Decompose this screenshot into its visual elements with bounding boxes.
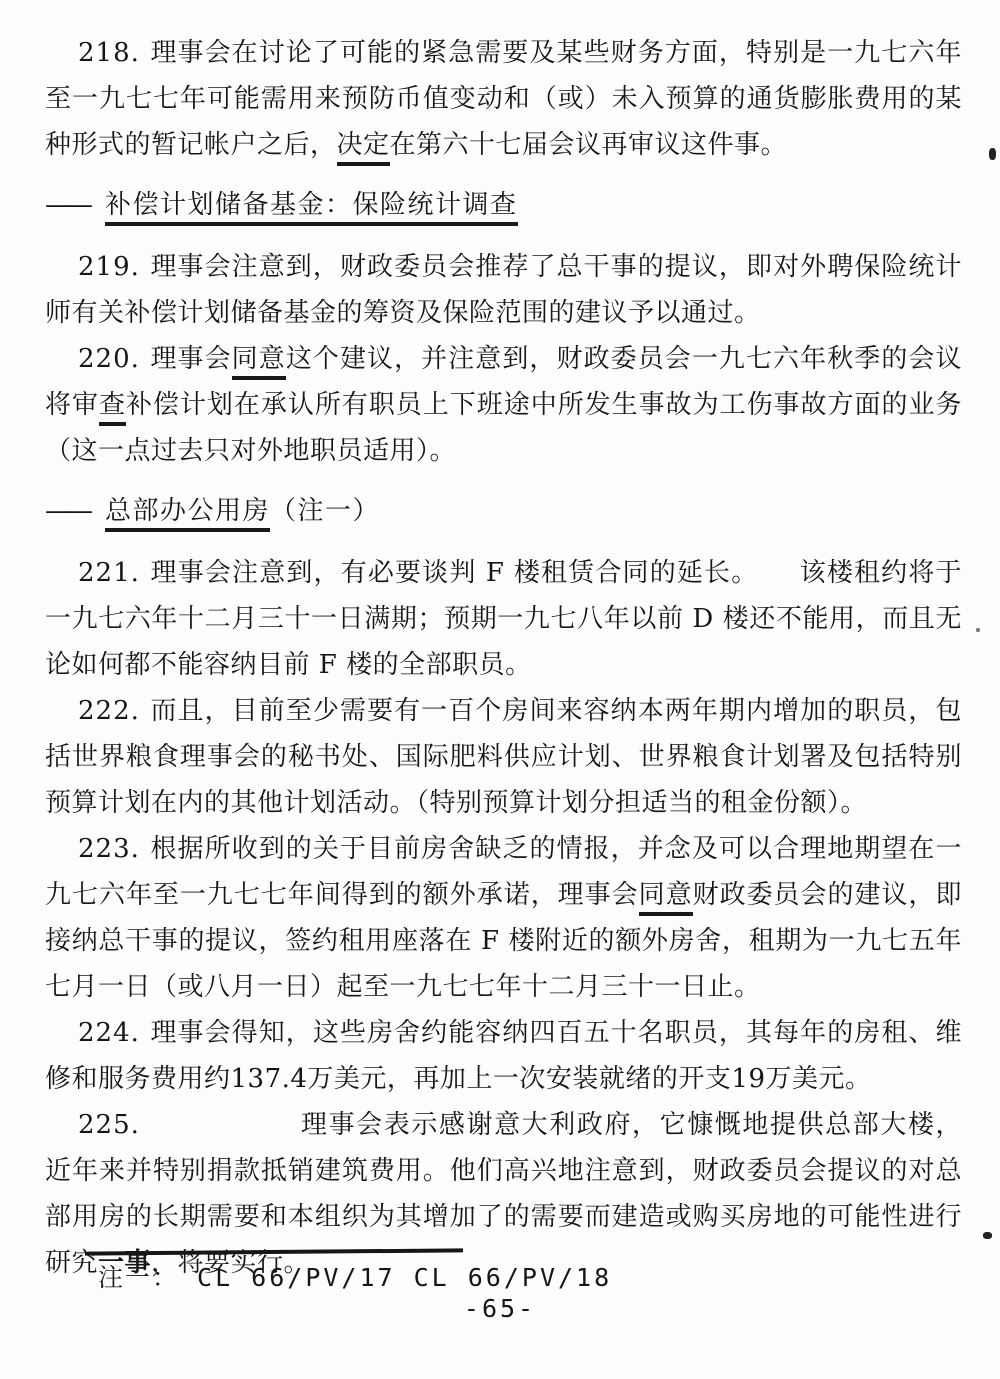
paragraph-number: 225.: [78, 1110, 140, 1140]
text-run: 理事会得知，这些房舍约能容纳四百五十名职员，其每年的房租、维修和服务费用约137…: [45, 1018, 962, 1094]
paragraph-number: 221.: [78, 558, 140, 588]
footnote-reference-2: CL 66/PV/18: [414, 1263, 613, 1292]
paragraph-219: 219.理事会注意到，财政委员会推荐了总干事的提议，即对外聘保险统计师有关补偿计…: [45, 244, 962, 336]
scanned-document-page: 218.理事会在讨论了可能的紧急需要及某些财务方面，特别是一九七六年至一九七七年…: [0, 0, 1000, 1379]
text-run: 而且，目前至少需要有一百个房间来容纳本两年期内增加的职员，包括世界粮食理事会的秘…: [45, 696, 962, 818]
underlined-text: 同意: [639, 880, 693, 916]
section-heading: ——补偿计划储备基金：保险统计调查: [45, 182, 962, 228]
heading-dash: ——: [45, 190, 89, 220]
paragraph-number: 220.: [78, 344, 140, 374]
text-run: 理事会注意到，有必要谈判 F 楼租赁合同的延长。 该楼租约将于一九七六年十二月三…: [45, 558, 962, 680]
text-run: （注一）: [270, 496, 380, 526]
paragraph-223: 223.根据所收到的关于目前房舍缺乏的情报，并念及可以合理地期望在一九七六年至一…: [45, 826, 962, 1010]
footnote-reference-1: CL 66/PV/17: [197, 1263, 396, 1292]
text-run: 理事会注意到，财政委员会推荐了总干事的提议，即对外聘保险统计师有关补偿计划储备基…: [45, 252, 962, 328]
text-run: 在第六十七届会议再审议这件事。: [390, 130, 788, 160]
underlined-text: 决定: [337, 130, 390, 166]
scan-speck: [989, 148, 996, 160]
page-number: -65-: [0, 1294, 1000, 1323]
paragraph-218: 218.理事会在讨论了可能的紧急需要及某些财务方面，特别是一九七六年至一九七七年…: [45, 30, 962, 168]
underlined-text: 查: [99, 390, 126, 426]
section-heading: ——总部办公用房（注一）: [45, 488, 962, 534]
underlined-text: 总部办公用房: [105, 496, 270, 532]
paragraph-number: 223.: [78, 834, 140, 864]
scan-speck: [983, 1232, 992, 1239]
paragraph-number: 218.: [78, 38, 140, 68]
paragraph-220: 220.理事会同意这个建议，并注意到，财政委员会一九七六年秋季的会议将审查补偿计…: [45, 336, 962, 474]
scan-speck: [976, 628, 980, 632]
paragraph-221: 221.理事会注意到，有必要谈判 F 楼租赁合同的延长。 该楼租约将于一九七六年…: [45, 550, 962, 688]
heading-dash: ——: [45, 496, 89, 526]
text-run: 补偿计划在承认所有职员上下班途中所发生事故为工伤事故方面的业务（这一点过去只对外…: [45, 390, 962, 466]
text-run: 理事会: [150, 344, 232, 374]
paragraph-number: 219.: [78, 252, 140, 282]
footnote-label: 注一：: [98, 1263, 179, 1292]
paragraph-number: 224.: [78, 1018, 140, 1048]
footnote: 注一：CL 66/PV/17CL 66/PV/18: [98, 1258, 612, 1294]
underlined-text: 补偿计划储备基金：保险统计调查: [105, 190, 518, 226]
paragraph-number: 222.: [78, 696, 140, 726]
paragraph-224: 224.理事会得知，这些房舍约能容纳四百五十名职员，其每年的房租、维修和服务费用…: [45, 1010, 962, 1102]
paragraph-222: 222.而且，目前至少需要有一百个房间来容纳本两年期内增加的职员，包括世界粮食理…: [45, 688, 962, 826]
document-body: 218.理事会在讨论了可能的紧急需要及某些财务方面，特别是一九七六年至一九七七年…: [45, 30, 962, 1286]
underlined-text: 同意: [232, 344, 286, 380]
